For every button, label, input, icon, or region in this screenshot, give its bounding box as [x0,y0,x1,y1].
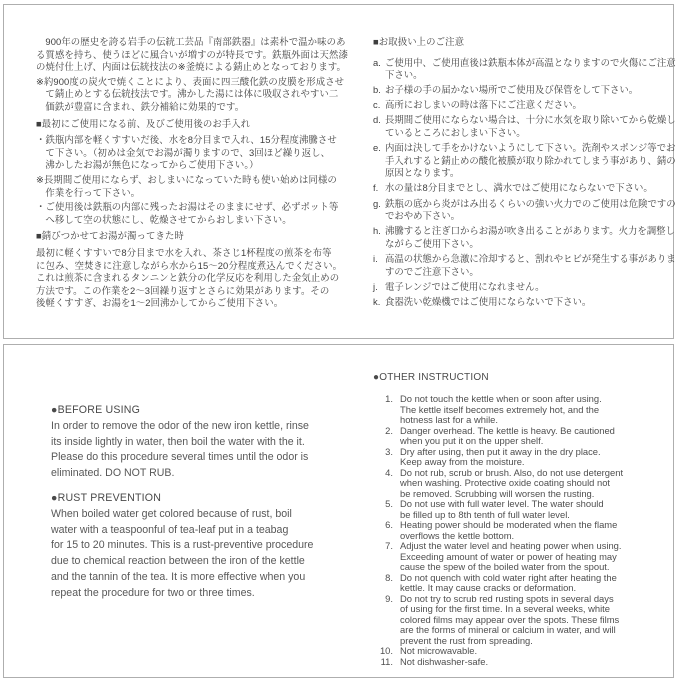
en-instruction-item: 8. Do not quench with cold water right a… [373,573,673,594]
en-instruction-item: 11. Not dishwasher-safe. [373,657,673,668]
en-instruction-number: 11. [373,657,393,668]
en-instruction-text: Danger overhead. The kettle is heavy. Be… [400,426,673,447]
jp-caution-text: 水の量は8分目までとし、満水ではご使用にならないで下さい。 [385,182,676,195]
jp-rust-heading: ■錆びつかせてお湯が濁ってきた時 [36,230,351,243]
jp-caution-text: ご使用中、ご使用直後は鉄瓶本体が高温となりますので火傷にご注意 下さい。 [385,57,676,82]
en-instruction-number: 9. [373,594,393,647]
en-left-column: ●BEFORE USING In order to remove the odo… [51,403,375,602]
en-other-instruction-heading: ●OTHER INSTRUCTION [373,372,673,384]
en-instruction-item: 4. Do not rub, scrub or brush. Also, do … [373,468,673,500]
en-instruction-number: 5. [373,499,393,520]
jp-right-column: ■お取扱い上のご注意 a. ご使用中、ご使用直後は鉄瓶本体が高温となりますので火… [373,36,676,311]
jp-caution-label: k. [373,296,385,309]
jp-caution-label: f. [373,182,385,195]
jp-caution-item: g. 鉄瓶の底から炎がはみ出るくらいの強い火力でのご使用は危険ですの でおやめ下… [373,198,676,223]
en-instruction-text: Do not touch the kettle when or soon aft… [400,394,673,426]
en-instruction-text: Not dishwasher-safe. [400,657,673,668]
jp-caution-label: h. [373,225,385,250]
en-instruction-text: Do not quench with cold water right afte… [400,573,673,594]
en-instruction-item: 1. Do not touch the kettle when or soon … [373,394,673,426]
en-rust-prevention-body: When boiled water get colored because of… [51,507,375,602]
jp-caution-item: j. 電子レンジではご使用になれません。 [373,281,676,294]
en-instruction-text: Not microwavable. [400,646,673,657]
en-instruction-number: 1. [373,394,393,426]
en-instruction-number: 3. [373,447,393,468]
jp-caution-item: a. ご使用中、ご使用直後は鉄瓶本体が高温となりますので火傷にご注意 下さい。 [373,57,676,82]
jp-caution-label: c. [373,99,385,112]
en-instruction-item: 6. Heating power should be moderated whe… [373,520,673,541]
en-instruction-text: Adjust the water level and heating power… [400,541,673,573]
jp-rust-body: 最初に軽くすすいで8分目まで水を入れ、茶さじ1杯程度の煎茶を布等 に包み、空焚き… [36,247,351,310]
jp-caution-item: f. 水の量は8分目までとし、満水ではご使用にならないで下さい。 [373,182,676,195]
en-instruction-item: 10. Not microwavable. [373,646,673,657]
en-instruction-number: 8. [373,573,393,594]
en-instruction-number: 6. [373,520,393,541]
jp-intro-footnote: ※約900度の炭火で焼くことにより、表面に四三酸化鉄の皮膜を形成させ て錆止めと… [36,76,351,114]
en-instruction-number: 4. [373,468,393,500]
en-instructions-panel: ●BEFORE USING In order to remove the odo… [3,344,674,678]
jp-caution-text: 高温の状態から急激に冷却すると、割れやヒビが発生する事がありま すのでご注意下さ… [385,253,676,278]
jp-instructions-panel: 900年の歴史を誇る岩手の伝統工芸品『南部鉄器』は素朴で温か味のあ る質感を持ち… [3,4,674,339]
en-instruction-text: Dry after using, then put it away in the… [400,447,673,468]
jp-caution-label: a. [373,57,385,82]
jp-caution-text: 高所におしまいの時は落下にご注意ください。 [385,99,676,112]
jp-caution-item: c. 高所におしまいの時は落下にご注意ください。 [373,99,676,112]
jp-caution-label: i. [373,253,385,278]
jp-care-item: ・鉄瓶内部を軽くすすいだ後、水を8分目まで入れ、15分程度沸騰させ て下さい。（… [36,134,351,172]
jp-caution-item: i. 高温の状態から急激に冷却すると、割れやヒビが発生する事がありま すのでご注… [373,253,676,278]
jp-caution-item: b. お子様の手の届かない場所でご使用及び保管をして下さい。 [373,84,676,97]
en-instruction-text: Do not try to scrub red rusting spots in… [400,594,673,647]
jp-caution-text: 沸騰すると注ぎ口からお湯が吹き出ることがあります。火力を調整し ながらご使用下さ… [385,225,676,250]
jp-caution-label: e. [373,142,385,180]
en-instruction-item: 7. Adjust the water level and heating po… [373,541,673,573]
en-instruction-item: 3. Dry after using, then put it away in … [373,447,673,468]
jp-caution-text: お子様の手の届かない場所でご使用及び保管をして下さい。 [385,84,676,97]
jp-left-column: 900年の歴史を誇る岩手の伝統工芸品『南部鉄器』は素朴で温か味のあ る質感を持ち… [36,36,351,312]
jp-cautions-heading: ■お取扱い上のご注意 [373,36,676,49]
jp-caution-label: j. [373,281,385,294]
jp-care-item: ・ご使用後は鉄瓶の内部に残ったお湯はそのままにせず、必ずポット等 へ移して空の状… [36,201,351,226]
jp-intro-paragraph: 900年の歴史を誇る岩手の伝統工芸品『南部鉄器』は素朴で温か味のあ る質感を持ち… [36,36,351,74]
en-right-column: ●OTHER INSTRUCTION 1. Do not touch the k… [373,372,673,667]
en-instruction-number: 7. [373,541,393,573]
jp-caution-text: 内面は決して手をかけないようにして下さい。洗剤やスポンジ等でお 手入れすると錆止… [385,142,676,180]
en-instruction-text: Heating power should be moderated when t… [400,520,673,541]
jp-caution-item: d. 長期間ご使用にならない場合は、十分に水気を取り除いてから乾燥し ているとこ… [373,114,676,139]
jp-caution-text: 食器洗い乾燥機ではご使用にならないで下さい。 [385,296,676,309]
en-before-using-heading: ●BEFORE USING [51,403,375,419]
en-before-using-body: In order to remove the odor of the new i… [51,419,375,482]
jp-caution-text: 長期間ご使用にならない場合は、十分に水気を取り除いてから乾燥し ているところにお… [385,114,676,139]
en-instruction-item: 5. Do not use with full water level. The… [373,499,673,520]
en-instruction-text: Do not use with full water level. The wa… [400,499,673,520]
jp-caution-item: h. 沸騰すると注ぎ口からお湯が吹き出ることがあります。火力を調整し ながらご使… [373,225,676,250]
jp-caution-label: d. [373,114,385,139]
en-instruction-item: 2. Danger overhead. The kettle is heavy.… [373,426,673,447]
jp-care-item: ※長期間ご使用にならず、おしまいになっていた時も使い始めは同様の 作業を行って下… [36,174,351,199]
jp-caution-item: e. 内面は決して手をかけないようにして下さい。洗剤やスポンジ等でお 手入れする… [373,142,676,180]
jp-caution-text: 電子レンジではご使用になれません。 [385,281,676,294]
jp-caution-text: 鉄瓶の底から炎がはみ出るくらいの強い火力でのご使用は危険ですの でおやめ下さい。 [385,198,676,223]
en-instruction-text: Do not rub, scrub or brush. Also, do not… [400,468,673,500]
jp-caution-item: k. 食器洗い乾燥機ではご使用にならないで下さい。 [373,296,676,309]
jp-care-heading: ■最初にご使用になる前、及びご使用後のお手入れ [36,118,351,131]
en-instruction-number: 10. [373,646,393,657]
en-instruction-item: 9. Do not try to scrub red rusting spots… [373,594,673,647]
jp-caution-label: b. [373,84,385,97]
jp-caution-label: g. [373,198,385,223]
en-instruction-number: 2. [373,426,393,447]
en-rust-prevention-heading: ●RUST PREVENTION [51,491,375,507]
